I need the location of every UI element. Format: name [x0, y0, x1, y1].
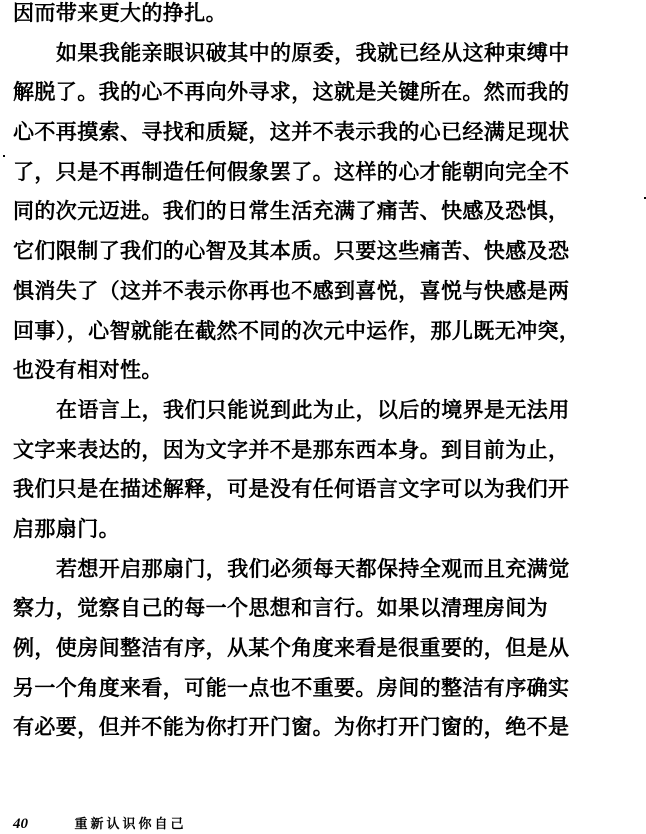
text-line: 察力，觉察自己的每一个思想和言行。如果以清理房间为 [13, 595, 539, 635]
text-line: 我们只是在描述解释，可是没有任何语言文字可以为我们开 [13, 476, 539, 516]
text-line: 心不再摸索、寻找和质疑，这并不表示我的心已经满足现状 [13, 119, 539, 159]
text-line: 惧消失了（这并不表示你再也不感到喜悦，喜悦与快感是两 [13, 278, 539, 318]
text-line: 例，使房间整洁有序，从某个角度来看是很重要的，但是从 [13, 635, 539, 675]
text-line: 文字来表达的，因为文字并不是那东西本身。到目前为止， [13, 437, 539, 477]
text-line: 因而带来更大的挣扎。 [13, 0, 539, 40]
text-line: 它们限制了我们的心智及其本质。只要这些痛苦、快感及恐 [13, 238, 539, 278]
page-body-text: 因而带来更大的挣扎。 如果我能亲眼识破其中的原委，我就已经从这种束缚中 解脱了。… [13, 0, 539, 754]
text-line: 回事），心智就能在截然不同的次元中运作，那儿既无冲突， [13, 318, 539, 358]
text-line: 启那扇门。 [13, 516, 539, 556]
text-line: 解脱了。我的心不再向外寻求，这就是关键所在。然而我的 [13, 79, 539, 119]
text-line: 同的次元迈进。我们的日常生活充满了痛苦、快感及恐惧， [13, 198, 539, 238]
text-line-paragraph-start: 如果我能亲眼识破其中的原委，我就已经从这种束缚中 [13, 40, 539, 80]
text-line: 也没有相对性。 [13, 357, 539, 397]
scan-speck-left [3, 155, 5, 157]
text-line: 有必要，但并不能为你打开门窗。为你打开门窗的，绝不是 [13, 714, 539, 754]
text-line-paragraph-start: 在语言上，我们只能说到此为止，以后的境界是无法用 [13, 397, 539, 437]
text-line: 了，只是不再制造任何假象罢了。这样的心才能朝向完全不 [13, 159, 539, 199]
text-line-paragraph-start: 若想开启那扇门，我们必须每天都保持全观而且充满觉 [13, 556, 539, 596]
book-title: 重新认识你自己 [74, 816, 186, 834]
page-footer: 40 重新认识你自己 [13, 815, 186, 833]
text-line: 另一个角度来看，可能一点也不重要。房间的整洁有序确实 [13, 675, 539, 715]
page-number: 40 [13, 815, 70, 833]
